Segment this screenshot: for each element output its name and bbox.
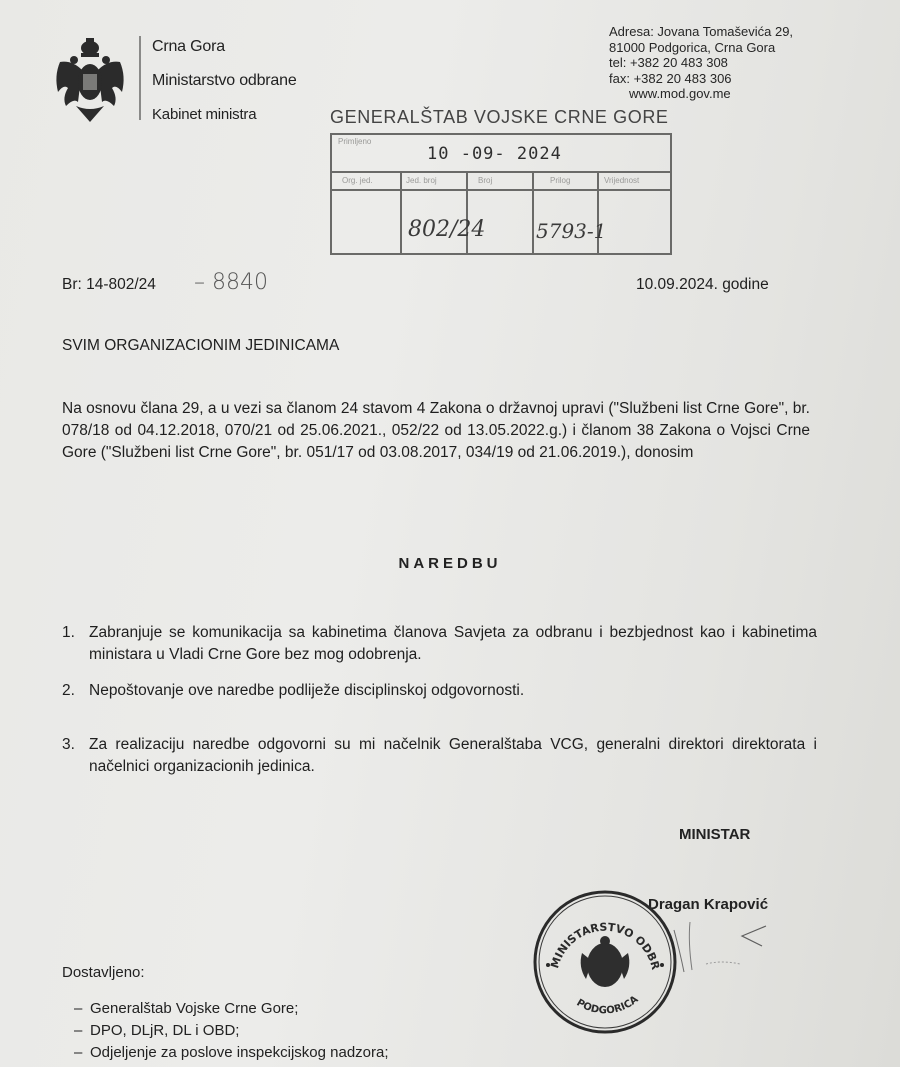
montenegro-coat-of-arms-icon [52, 36, 128, 124]
order-item: 2. Nepoštovanje ove naredbe podliježe di… [62, 680, 817, 702]
distribution-label: Dostavljeno: [62, 964, 145, 981]
preamble-paragraph: Na osnovu člana 29, a u vezi sa članom 2… [62, 398, 810, 464]
stamp-handwritten-reference: 5793-1 [536, 219, 606, 243]
order-item-text: Za realizaciju naredbe odgovorni su mi n… [89, 734, 817, 778]
stamp-handwritten-number: 802/24 [408, 217, 485, 242]
official-seal-icon: MINISTARSTVO ODBRANE PODGORICA [530, 887, 680, 1037]
letterhead-divider [139, 36, 141, 120]
reference-date: 10.09.2024. godine [636, 276, 769, 294]
letterhead-country: Crna Gora [152, 38, 225, 56]
letterhead-office: Kabinet ministra [152, 106, 256, 123]
order-item-number: 1. [62, 622, 75, 644]
stamp-date: 10 -09- 2024 [427, 144, 562, 164]
receipt-stamp-title: GENERALŠTAB VOJSKE CRNE GORE [330, 107, 669, 128]
address-line: 81000 Podgorica, Crna Gora [609, 40, 793, 56]
stamp-col-label: Prilog [550, 176, 570, 185]
reference-number: Br: 14-802/24 [62, 276, 156, 294]
document-page: Crna Gora Ministarstvo odbrane Kabinet m… [0, 0, 900, 1067]
phone-line: tel: +382 20 483 308 [609, 55, 793, 71]
letterhead-address: Adresa: Jovana Tomaševića 29, 81000 Podg… [609, 24, 793, 102]
order-item-number: 2. [62, 680, 75, 702]
order-item-text: Zabranjuje se komunikacija sa kabinetima… [89, 622, 817, 666]
recipient-text: Generalštab Vojske Crne Gore; [90, 1000, 298, 1017]
order-item-text: Nepoštovanje ove naredbe podliježe disci… [89, 680, 817, 702]
recipient-text: DPO, DLjR, DL i OBD; [90, 1022, 239, 1039]
order-item: 3. Za realizaciju naredbe odgovorni su m… [62, 734, 817, 778]
website-line: www.mod.gov.me [609, 86, 793, 102]
order-item: 1. Zabranjuje se komunikacija sa kabinet… [62, 622, 817, 666]
distribution-recipient: –DPO, DLjR, DL i OBD; [90, 1022, 239, 1039]
reference-handwritten-suffix: – 8840 [194, 270, 268, 295]
handwritten-signature [670, 912, 790, 982]
stamp-col-label: Broj [478, 176, 492, 185]
recipient-text: Odjeljenje za poslove inspekcijskog nadz… [90, 1044, 389, 1061]
address-line: Adresa: Jovana Tomaševića 29, [609, 24, 793, 40]
signatory-title: MINISTAR [679, 826, 750, 843]
addressee: SVIM ORGANIZACIONIM JEDINICAMA [62, 337, 339, 355]
receipt-stamp: Primljeno 10 -09- 2024 Org. jed. Jed. br… [330, 133, 672, 255]
stamp-col-label: Org. jed. [342, 176, 373, 185]
order-heading: NAREDBU [0, 555, 900, 572]
fax-line: fax: +382 20 483 306 [609, 71, 793, 87]
seal-text-bottom: PODGORICA [574, 994, 640, 1016]
order-item-number: 3. [62, 734, 75, 756]
distribution-recipient: –Generalštab Vojske Crne Gore; [90, 1000, 298, 1017]
stamp-col-label: Vrijednost [604, 176, 639, 185]
letterhead-ministry: Ministarstvo odbrane [152, 72, 297, 90]
stamp-col-label: Jed. broj [406, 176, 437, 185]
distribution-recipient: –Odjeljenje za poslove inspekcijskog nad… [90, 1044, 389, 1061]
svg-text:PODGORICA: PODGORICA [574, 994, 640, 1016]
stamp-received-label: Primljeno [338, 137, 371, 146]
